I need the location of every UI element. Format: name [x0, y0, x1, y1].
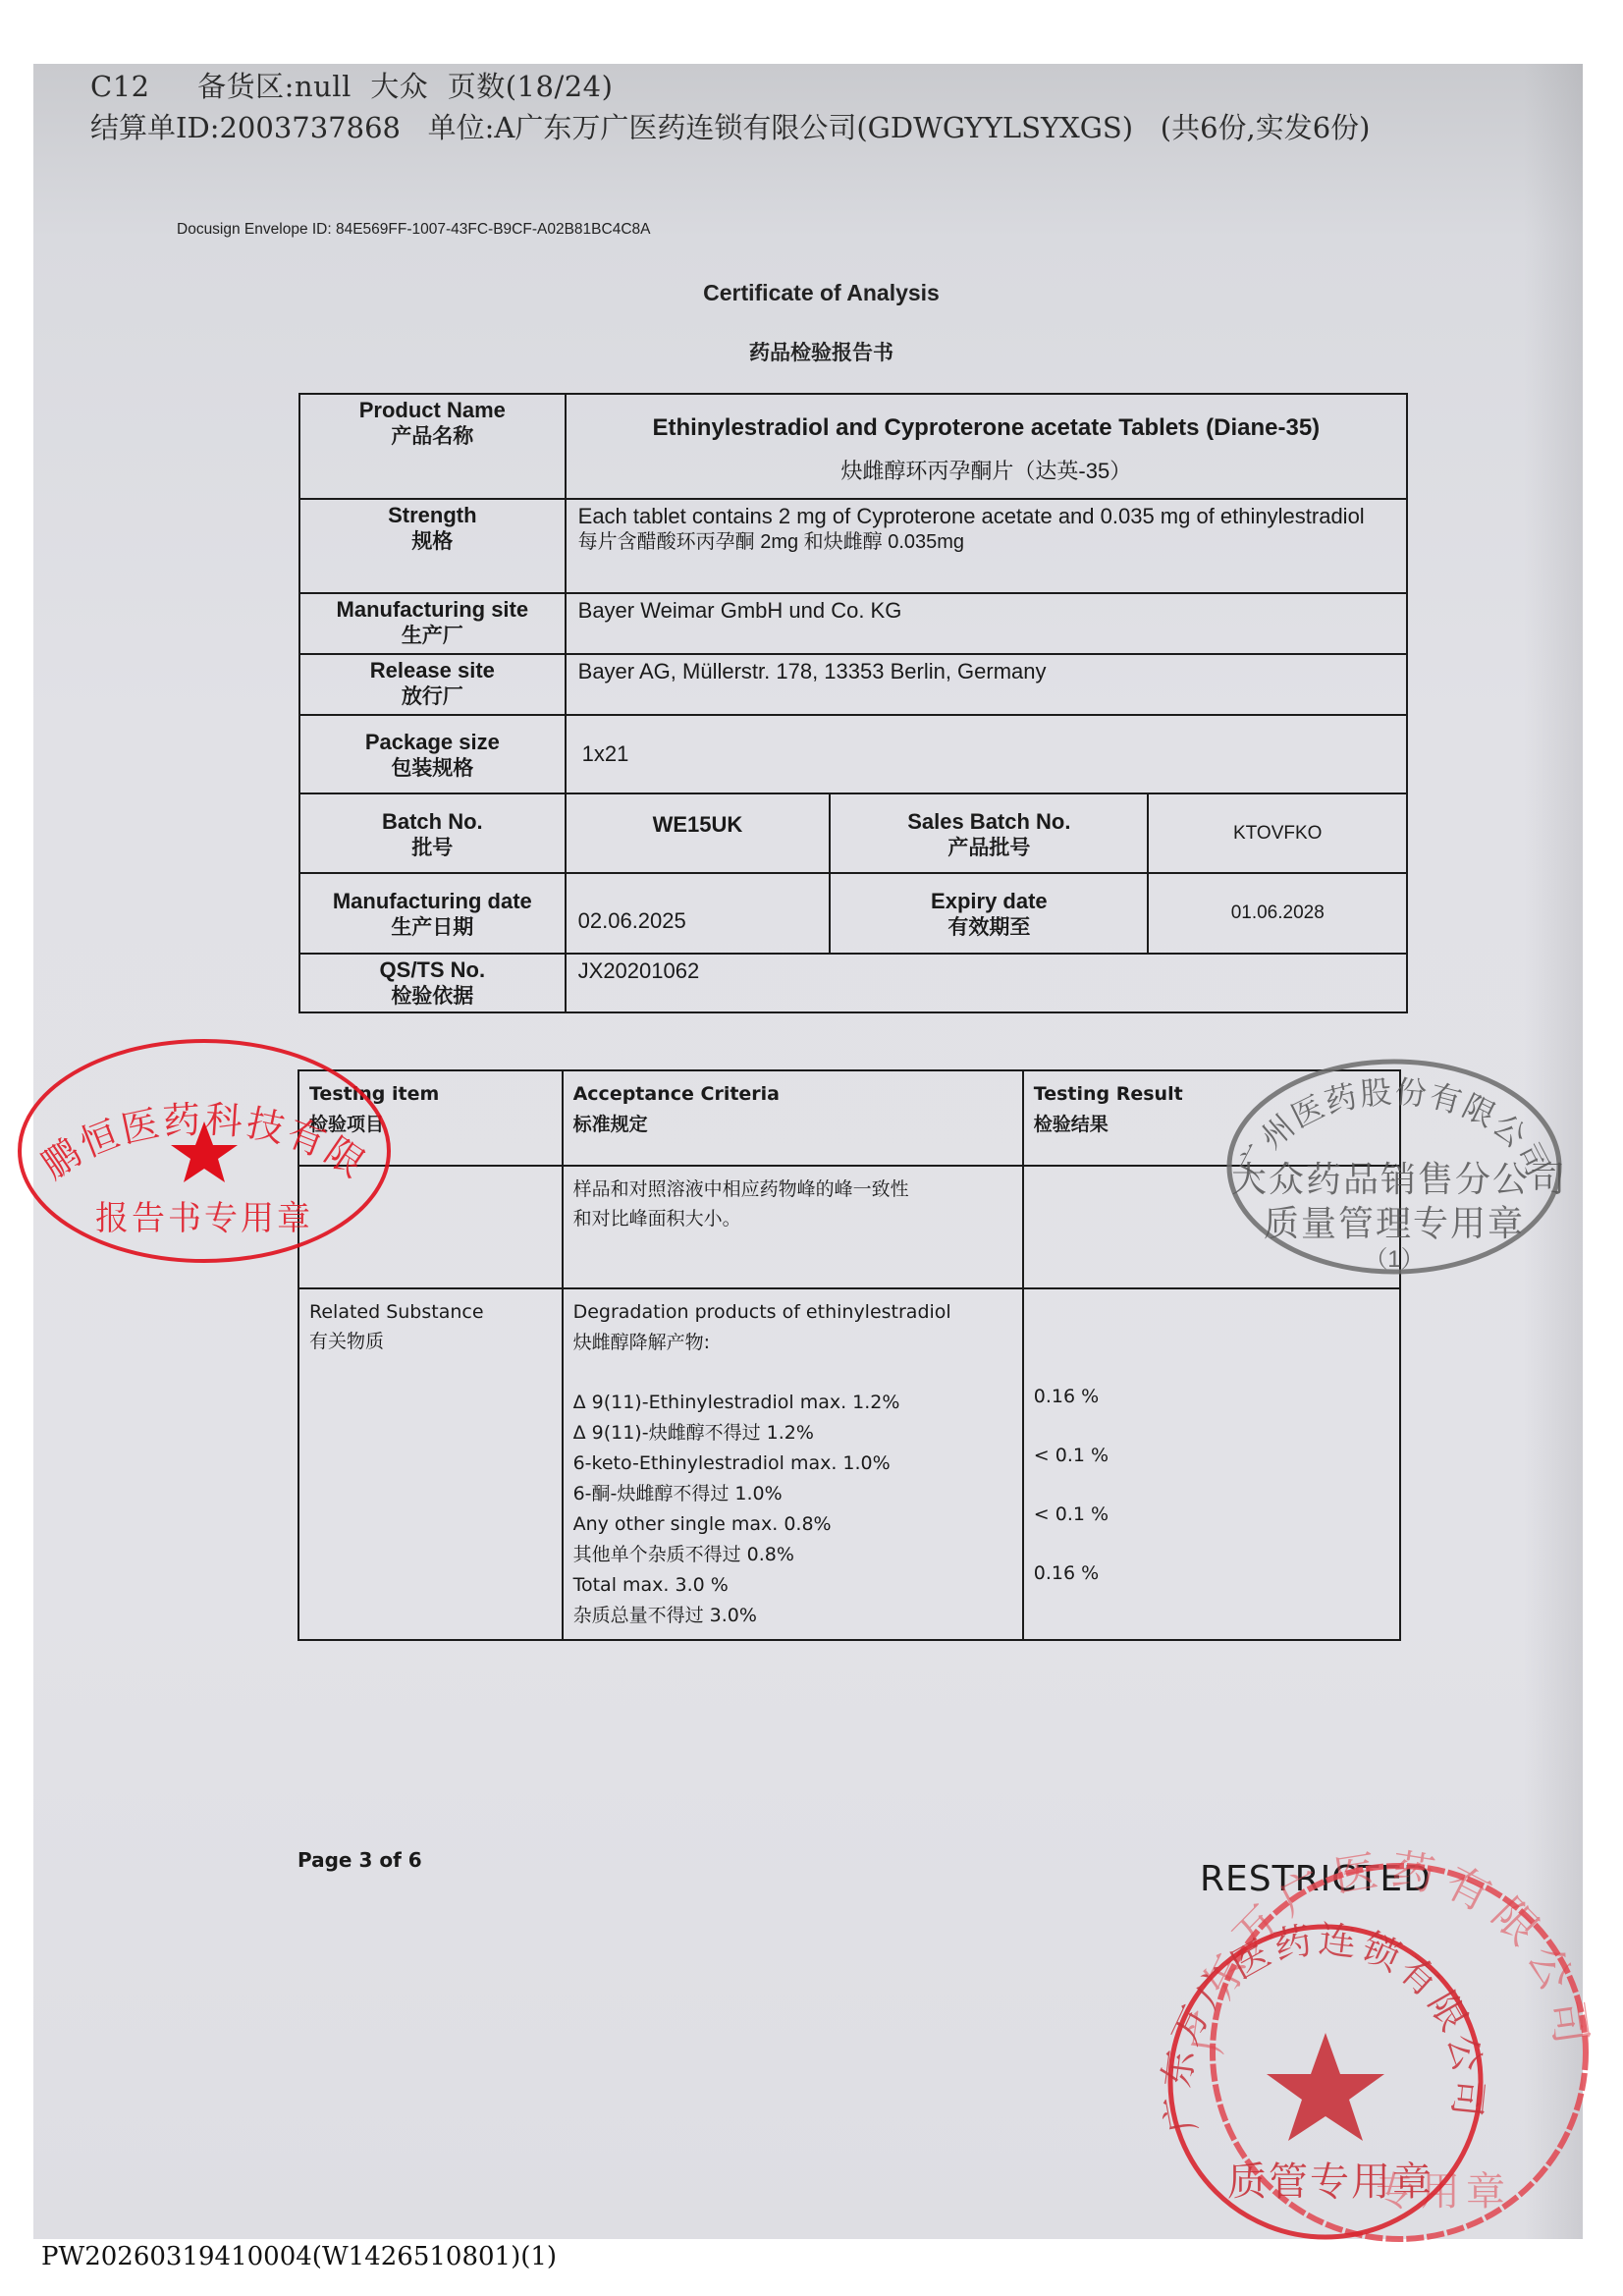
manufacturing-site-label: Manufacturing site 生产厂 — [299, 593, 566, 654]
table-row: Manufacturing date 生产日期 02.06.2025 Expir… — [299, 873, 1407, 954]
table-row: 样品和对照溶液中相应药物峰的峰一致性 和对比峰面积大小。 — [298, 1166, 1400, 1288]
header-en: Acceptance Criteria — [573, 1079, 1012, 1110]
expiry-date-label: Expiry date 有效期至 — [830, 873, 1148, 954]
product-name-label: Product Name 产品名称 — [299, 394, 566, 499]
criteria-line: 6-keto-Ethinylestradiol max. 1.0% — [573, 1449, 1012, 1479]
label-en: Manufacturing site — [300, 596, 565, 623]
label-cn: 检验依据 — [300, 983, 565, 1010]
test-results-table: Testing item 检验项目 Acceptance Criteria 标准… — [298, 1069, 1401, 1641]
strength-value: Each tablet contains 2 mg of Cyproterone… — [566, 499, 1407, 593]
table-row: Package size 包装规格 1x21 — [299, 715, 1407, 793]
label-cn: 批号 — [300, 835, 565, 861]
page-number: Page 3 of 6 — [298, 1848, 422, 1872]
testing-result-cell — [1023, 1166, 1400, 1288]
criteria-line: 和对比峰面积大小。 — [573, 1204, 1012, 1233]
spacer — [573, 1358, 1012, 1388]
strength-cn: 每片含醋酸环丙孕酮 2mg 和炔雌醇 0.035mg — [578, 529, 1367, 555]
criteria-line: Δ 9(11)-Ethinylestradiol max. 1.2% — [573, 1388, 1012, 1418]
label-cn: 生产日期 — [300, 914, 565, 941]
docusign-envelope-id: Docusign Envelope ID: 84E569FF-1007-43FC… — [177, 221, 650, 239]
table-row: Strength 规格 Each tablet contains 2 mg of… — [299, 499, 1407, 593]
header-en: Testing Result — [1034, 1079, 1389, 1110]
result-value: 0.16 % — [1034, 1558, 1389, 1588]
release-site-label: Release site 放行厂 — [299, 654, 566, 715]
print-header-line-1: C12 备货区:null 大众 页数(18/24) — [90, 65, 613, 105]
criteria-line: 6-酮-炔雌醇不得过 1.0% — [573, 1479, 1012, 1509]
label-en: QS/TS No. — [300, 957, 565, 983]
item-en: Related Substance — [309, 1297, 552, 1327]
label-en: Release site — [300, 657, 565, 683]
label-cn: 有效期至 — [831, 914, 1147, 941]
table-row: Release site 放行厂 Bayer AG, Müllerstr. 17… — [299, 654, 1407, 715]
table-header-row: Testing item 检验项目 Acceptance Criteria 标准… — [298, 1070, 1400, 1166]
manufacturing-date-label: Manufacturing date 生产日期 — [299, 873, 566, 954]
result-value: < 0.1 % — [1034, 1441, 1389, 1470]
expiry-date-value: 01.06.2028 — [1148, 873, 1407, 954]
acceptance-criteria-cell: 样品和对照溶液中相应药物峰的峰一致性 和对比峰面积大小。 — [563, 1166, 1023, 1288]
label-en: Sales Batch No. — [831, 808, 1147, 835]
qs-ts-no-label: QS/TS No. 检验依据 — [299, 954, 566, 1012]
document-title-cn: 药品检验报告书 — [0, 337, 1623, 366]
criteria-line: Total max. 3.0 % — [573, 1570, 1012, 1601]
testing-result-cell: 0.16 % < 0.1 % < 0.1 % 0.16 % — [1023, 1288, 1400, 1640]
header-cn: 检验结果 — [1034, 1110, 1389, 1140]
label-cn: 放行厂 — [300, 683, 565, 710]
label-en: Strength — [300, 502, 565, 528]
label-cn: 包装规格 — [300, 755, 565, 782]
label-cn: 产品名称 — [300, 423, 565, 450]
criteria-line: 样品和对照溶液中相应药物峰的峰一致性 — [573, 1175, 1012, 1204]
criteria-line: 其他单个杂质不得过 0.8% — [573, 1540, 1012, 1570]
criteria-intro: Degradation products of ethinylestradiol — [573, 1297, 1012, 1328]
header-cn: 检验项目 — [309, 1110, 552, 1140]
header-acceptance-criteria: Acceptance Criteria 标准规定 — [563, 1070, 1023, 1166]
qs-ts-no-value: JX20201062 — [566, 954, 1407, 1012]
package-size-label: Package size 包装规格 — [299, 715, 566, 793]
release-site-value: Bayer AG, Müllerstr. 178, 13353 Berlin, … — [566, 654, 1407, 715]
sales-batch-no-value: KTOVFKO — [1148, 793, 1407, 873]
label-cn: 生产厂 — [300, 623, 565, 649]
document-title-en: Certificate of Analysis — [0, 280, 1623, 306]
product-name-cn: 炔雌醇环丙孕酮片（达英-35） — [567, 450, 1406, 493]
table-row: Related Substance 有关物质 Degradation produ… — [298, 1288, 1400, 1640]
footer-document-id: PW20260319410004(W1426510801)(1) — [41, 2242, 557, 2271]
table-row: Manufacturing site 生产厂 Bayer Weimar GmbH… — [299, 593, 1407, 654]
label-cn: 规格 — [300, 528, 565, 555]
item-cn: 有关物质 — [309, 1327, 552, 1356]
package-size-value: 1x21 — [566, 715, 1407, 793]
label-en: Package size — [300, 729, 565, 755]
acceptance-criteria-cell: Degradation products of ethinylestradiol… — [563, 1288, 1023, 1640]
header-en: Testing item — [309, 1079, 552, 1110]
product-name-value: Ethinylestradiol and Cyproterone acetate… — [566, 394, 1407, 499]
criteria-line: Δ 9(11)-炔雌醇不得过 1.2% — [573, 1418, 1012, 1449]
label-en: Batch No. — [300, 808, 565, 835]
batch-no-label: Batch No. 批号 — [299, 793, 566, 873]
criteria-intro: 炔雌醇降解产物: — [573, 1328, 1012, 1358]
header-testing-item: Testing item 检验项目 — [298, 1070, 563, 1166]
label-en: Manufacturing date — [300, 888, 565, 914]
table-row: Product Name 产品名称 Ethinylestradiol and C… — [299, 394, 1407, 499]
label-en: Product Name — [300, 397, 565, 423]
product-name-en: Ethinylestradiol and Cyproterone acetate… — [567, 407, 1406, 450]
testing-item-cell — [298, 1166, 563, 1288]
label-en: Expiry date — [831, 888, 1147, 914]
header-testing-result: Testing Result 检验结果 — [1023, 1070, 1400, 1166]
restricted-label: RESTRICTED — [1200, 1859, 1432, 1899]
print-header-line-2: 结算单ID:2003737868 单位:A广东万广医药连锁有限公司(GDWGYY… — [90, 106, 1371, 146]
header-cn: 标准规定 — [573, 1110, 1012, 1140]
manufacturing-site-value: Bayer Weimar GmbH und Co. KG — [566, 593, 1407, 654]
batch-no-value: WE15UK — [566, 793, 831, 873]
manufacturing-date-value: 02.06.2025 — [566, 873, 831, 954]
label-cn: 产品批号 — [831, 835, 1147, 861]
sales-batch-no-label: Sales Batch No. 产品批号 — [830, 793, 1148, 873]
strength-label: Strength 规格 — [299, 499, 566, 593]
table-row: Batch No. 批号 WE15UK Sales Batch No. 产品批号… — [299, 793, 1407, 873]
product-info-table: Product Name 产品名称 Ethinylestradiol and C… — [298, 393, 1408, 1013]
testing-item-cell: Related Substance 有关物质 — [298, 1288, 563, 1640]
criteria-line: 杂质总量不得过 3.0% — [573, 1601, 1012, 1631]
result-value: 0.16 % — [1034, 1382, 1389, 1411]
strength-en: Each tablet contains 2 mg of Cyproterone… — [578, 504, 1367, 529]
table-row: QS/TS No. 检验依据 JX20201062 — [299, 954, 1407, 1012]
result-value: < 0.1 % — [1034, 1500, 1389, 1529]
criteria-line: Any other single max. 0.8% — [573, 1509, 1012, 1540]
